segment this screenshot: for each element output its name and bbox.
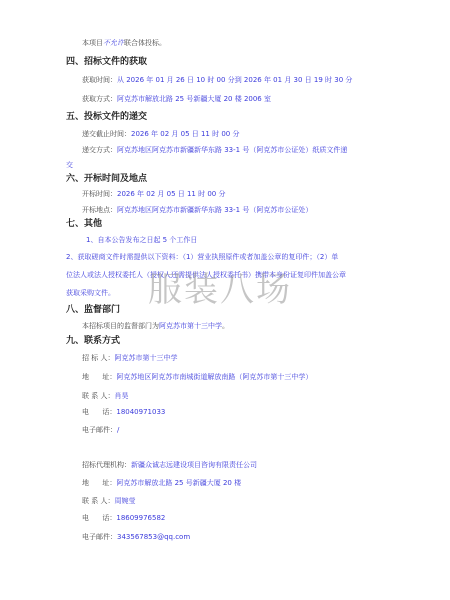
s5-deadline-line: 递交截止时间：2026 年 02 月 05 日 11 时 00 分 — [82, 129, 239, 139]
s7-item-2-line-1: 2、获取磋商文件时需提供以下资料：（1）营业执照原件或者加盖公章的复印件；（2）… — [66, 252, 338, 262]
s5-deadline-value: 2026 年 02 月 05 日 11 时 00 分 — [131, 130, 239, 138]
s6-place-label: 开标地点： — [82, 206, 117, 214]
purchaser-contact-line: 联 系 人：肖昊 — [82, 391, 128, 401]
purchaser-name-line: 招 标 人：阿克苏市第十三中学 — [82, 353, 177, 363]
s6-place-value: 阿克苏地区阿克苏市新疆新华东路 33-1 号（阿克苏市公证处） — [117, 206, 312, 214]
agency-email-line: 电子邮件：343567853@qq.com — [82, 532, 190, 542]
agency-email-label: 电子邮件： — [82, 533, 117, 541]
agency-phone-line: 电 话：18609976582 — [82, 513, 165, 523]
purchaser-address-line: 地 址：阿克苏地区阿克苏市南城街道解放南路（阿克苏市第十三中学） — [82, 372, 312, 382]
s4-time-label: 获取时间： — [82, 76, 117, 84]
s6-time-line: 开标时间：2026 年 02 月 05 日 11 时 00 分 — [82, 189, 225, 199]
watermark-text: 服装八场 — [148, 270, 292, 310]
intro-prefix: 本项目 — [82, 39, 103, 47]
s6-place-line: 开标地点：阿克苏地区阿克苏市新疆新华东路 33-1 号（阿克苏市公证处） — [82, 205, 312, 215]
agency-address-value: 阿克苏市解放北路 25 号新疆大厦 20 楼 — [116, 479, 241, 487]
s4-time-value: 从 2026 年 01 月 26 日 10 时 00 分到 2026 年 01 … — [117, 76, 352, 84]
agency-contact-line: 联 系 人：周婉莹 — [82, 496, 135, 506]
s6-time-label: 开标时间： — [82, 190, 117, 198]
section-4-title: 四、招标文件的获取 — [66, 56, 147, 68]
s8-text-prefix: 本招标项目的监督部门为 — [82, 322, 159, 330]
purchaser-name-label: 招 标 人： — [82, 354, 114, 362]
s5-method-label: 递交方式： — [82, 146, 117, 154]
s7-item-2-line-3: 获取采购文件。 — [66, 288, 115, 298]
purchaser-phone-value: 18040971033 — [116, 408, 165, 416]
purchaser-phone-line: 电 话：18040971033 — [82, 407, 165, 417]
intro-suffix: 联合体投标。 — [124, 39, 166, 47]
s5-method-wrap: 交 — [66, 160, 73, 170]
agency-name-label: 招标代理机构： — [82, 461, 131, 469]
section-6-title: 六、开标时间及地点 — [66, 173, 147, 185]
section-7-title: 七、其他 — [66, 218, 102, 230]
s4-method-value: 阿克苏市解放北路 25 号新疆大厦 20 楼 2006 室 — [117, 95, 271, 103]
s4-method-label: 获取方式： — [82, 95, 117, 103]
s5-deadline-label: 递交截止时间： — [82, 130, 131, 138]
s5-method-line: 递交方式：阿克苏地区阿克苏市新疆新华东路 33-1 号（阿克苏市公证处）纸质文件… — [82, 145, 347, 155]
purchaser-contact-label: 联 系 人： — [82, 392, 114, 400]
s5-method-value: 阿克苏地区阿克苏市新疆新华东路 33-1 号（阿克苏市公证处）纸质文件递 — [117, 146, 347, 154]
s8-text-line: 本招标项目的监督部门为阿克苏市第十三中学。 — [82, 321, 229, 331]
purchaser-contact-value: 肖昊 — [114, 392, 128, 400]
agency-contact-label: 联 系 人： — [82, 497, 114, 505]
purchaser-name-value: 阿克苏市第十三中学 — [114, 354, 177, 362]
agency-address-label: 地 址： — [82, 479, 116, 487]
s4-time-line: 获取时间：从 2026 年 01 月 26 日 10 时 00 分到 2026 … — [82, 75, 352, 85]
purchaser-phone-label: 电 话： — [82, 408, 116, 416]
purchaser-email-value: / — [117, 426, 119, 434]
purchaser-address-label: 地 址： — [82, 373, 116, 381]
agency-contact-value: 周婉莹 — [114, 497, 135, 505]
intro-highlight: 不允许 — [103, 39, 124, 47]
s8-text-suffix: 。 — [222, 322, 229, 330]
purchaser-address-value: 阿克苏地区阿克苏市南城街道解放南路（阿克苏市第十三中学） — [116, 373, 312, 381]
agency-phone-label: 电 话： — [82, 514, 116, 522]
agency-email-value: 343567853@qq.com — [117, 533, 190, 541]
purchaser-email-label: 电子邮件： — [82, 426, 117, 434]
agency-name-value: 新疆众诚志远建设项目咨询有限责任公司 — [131, 461, 257, 469]
section-5-title: 五、投标文件的递交 — [66, 111, 147, 123]
intro-line: 本项目不允许联合体投标。 — [82, 38, 166, 48]
section-9-title: 九、联系方式 — [66, 335, 120, 347]
agency-phone-value: 18609976582 — [116, 514, 165, 522]
agency-name-line: 招标代理机构：新疆众诚志远建设项目咨询有限责任公司 — [82, 460, 257, 470]
s8-text-value: 阿克苏市第十三中学 — [159, 322, 222, 330]
s7-item-1: 1、自本公告发布之日起 5 个工作日 — [86, 235, 197, 245]
purchaser-email-line: 电子邮件：/ — [82, 425, 119, 435]
s4-method-line: 获取方式：阿克苏市解放北路 25 号新疆大厦 20 楼 2006 室 — [82, 94, 271, 104]
s6-time-value: 2026 年 02 月 05 日 11 时 00 分 — [117, 190, 225, 198]
agency-address-line: 地 址：阿克苏市解放北路 25 号新疆大厦 20 楼 — [82, 478, 241, 488]
document-page: 本项目不允许联合体投标。 四、招标文件的获取 获取时间：从 2026 年 01 … — [0, 0, 450, 600]
section-8-title: 八、监督部门 — [66, 304, 120, 316]
